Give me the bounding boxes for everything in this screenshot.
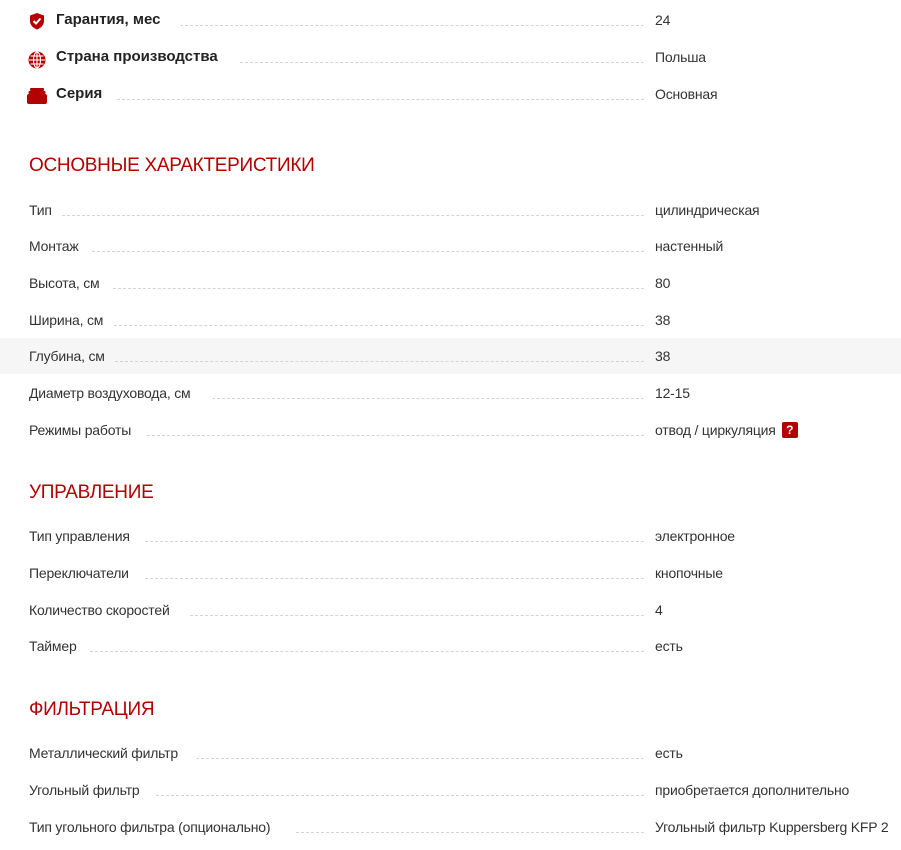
spec-label: Страна производства (56, 39, 218, 75)
spec-label: Высота, см (29, 265, 99, 301)
spec-value: 80 (655, 265, 670, 301)
leader-dots (62, 215, 644, 216)
spec-label: Тип управления (29, 518, 130, 554)
spec-row-series: Серия Основная (0, 76, 901, 112)
globe-icon (28, 51, 46, 69)
spec-row-warranty: Гарантия, мес 24 (0, 2, 901, 38)
spec-row: Монтаж настенный (0, 228, 901, 264)
leader-dots (180, 25, 644, 26)
spec-value: электронное (655, 518, 735, 554)
leader-dots (145, 578, 644, 579)
spec-value: есть (655, 628, 683, 664)
leader-dots (240, 62, 644, 63)
leader-dots (212, 398, 644, 399)
series-box-icon (27, 87, 47, 105)
spec-row: Тип управления электронное (0, 518, 901, 554)
spec-label: Глубина, см (29, 338, 105, 374)
spec-label: Диаметр воздуховода, см (29, 375, 190, 411)
leader-dots (196, 758, 644, 759)
spec-row: Угольный фильтр приобретается дополнител… (0, 772, 901, 808)
spec-label: Количество скоростей (29, 592, 170, 628)
leader-dots (145, 541, 644, 542)
spec-row: Металлический фильтр есть (0, 735, 901, 771)
spec-label: Тип угольного фильтра (опционально) (29, 809, 270, 845)
spec-row: Количество скоростей 4 (0, 592, 901, 628)
spec-value: 4 (655, 592, 663, 628)
spec-label: Монтаж (29, 228, 79, 264)
leader-dots (113, 288, 644, 289)
leader-dots (114, 325, 644, 326)
spec-value: кнопочные (655, 555, 723, 591)
spec-value: Угольный фильтр Kuppersberg KFP 2 (655, 809, 888, 845)
spec-label: Серия (56, 76, 102, 112)
spec-value: есть (655, 735, 683, 771)
spec-row: Диаметр воздуховода, см 12-15 (0, 375, 901, 411)
leader-dots (147, 435, 644, 436)
spec-label: Таймер (29, 628, 77, 664)
spec-value: 24 (655, 2, 670, 38)
spec-row: Ширина, см 38 (0, 302, 901, 338)
spec-value: отвод / циркуляция (655, 422, 776, 438)
section-title-filtration: ФИЛЬТРАЦИЯ (29, 699, 154, 721)
spec-value: приобретается дополнительно (655, 772, 849, 808)
spec-value: настенный (655, 228, 723, 264)
spec-value: Польша (655, 39, 706, 75)
leader-dots (117, 99, 644, 100)
spec-row: Тип цилиндрическая (0, 192, 901, 228)
section-title-control: УПРАВЛЕНИЕ (29, 482, 153, 504)
spec-label: Гарантия, мес (56, 2, 160, 38)
leader-dots (90, 651, 644, 652)
spec-row: Таймер есть (0, 628, 901, 664)
spec-row: Высота, см 80 (0, 265, 901, 301)
spec-value: 38 (655, 302, 670, 338)
spec-value: 38 (655, 338, 670, 374)
help-question-icon[interactable]: ? (782, 422, 798, 438)
spec-label: Металлический фильтр (29, 735, 178, 771)
spec-label: Ширина, см (29, 302, 103, 338)
spec-row-country: Страна производства Польша (0, 39, 901, 75)
spec-row: Режимы работы отвод / циркуляция? (0, 412, 901, 448)
spec-label: Угольный фильтр (29, 772, 139, 808)
spec-value-with-help: отвод / циркуляция? (655, 412, 798, 448)
spec-value: Основная (655, 76, 717, 112)
spec-row: Переключатели кнопочные (0, 555, 901, 591)
leader-dots (296, 832, 644, 833)
spec-value: 12-15 (655, 375, 690, 411)
spec-row: Тип угольного фильтра (опционально) Угол… (0, 809, 901, 845)
leader-dots (156, 795, 644, 796)
spec-label: Режимы работы (29, 412, 131, 448)
leader-dots (190, 615, 644, 616)
shield-check-icon (28, 12, 46, 30)
spec-label: Переключатели (29, 555, 129, 591)
spec-label: Тип (29, 192, 52, 228)
leader-dots (115, 361, 644, 362)
spec-value: цилиндрическая (655, 192, 759, 228)
spec-row-highlighted: Глубина, см 38 (0, 338, 901, 374)
section-title-main-characteristics: ОСНОВНЫЕ ХАРАКТЕРИСТИКИ (29, 155, 314, 177)
leader-dots (92, 251, 644, 252)
